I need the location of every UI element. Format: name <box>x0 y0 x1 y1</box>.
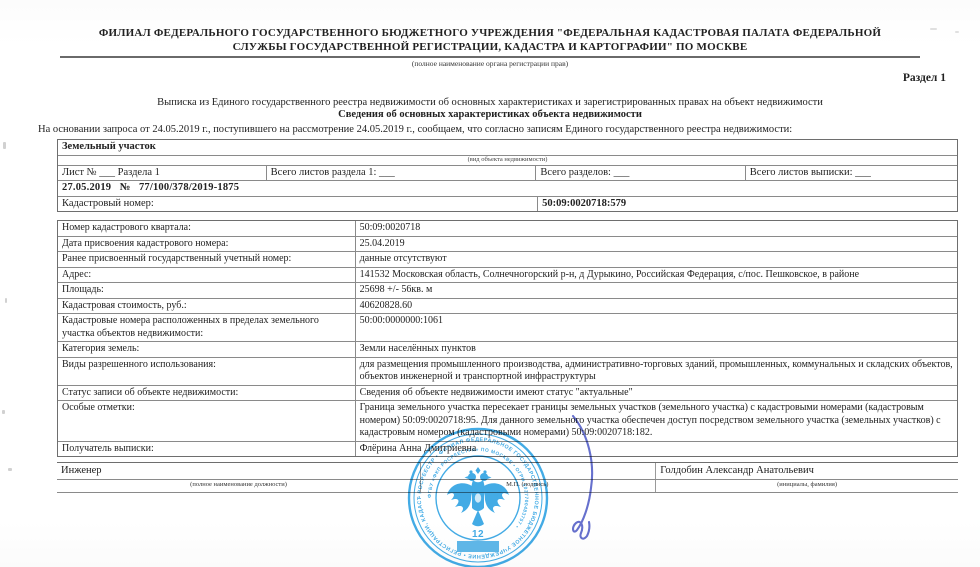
row-value: 25.04.2019 <box>355 237 957 252</box>
object-type: Земельный участок <box>58 140 957 155</box>
date-and-number: 27.05.2019 № 77/100/378/2019-1875 <box>58 181 957 196</box>
row-value: для размещения промышленного производств… <box>355 358 957 385</box>
request-intro: На основании запроса от 24.05.2019 г., п… <box>38 124 958 135</box>
document-page: ФИЛИАЛ ФЕДЕРАЛЬНОГО ГОСУДАРСТВЕННОГО БЮД… <box>0 0 980 567</box>
sheets-in-section: Всего листов раздела 1: ___ <box>266 166 536 181</box>
row-label: Статус записи об объекте недвижимости: <box>58 386 355 401</box>
scan-artifact <box>5 298 7 303</box>
row-label: Площадь: <box>58 283 355 298</box>
handwritten-signature <box>535 410 625 555</box>
row-label: Кадастровые номера расположенных в преде… <box>58 314 355 341</box>
row-value: данные отсутствуют <box>355 252 957 267</box>
document-subtitle: Сведения об основных характеристиках объ… <box>0 109 980 120</box>
org-name-caption: (полное наименование органа регистрации … <box>0 59 980 68</box>
table-row: Адрес: 141532 Московская область, Солнеч… <box>58 267 957 283</box>
scan-artifact <box>955 31 959 33</box>
sheet-number: Лист № ___ Раздела 1 <box>58 166 266 181</box>
row-label: Номер кадастрового квартала: <box>58 221 355 236</box>
header-rule <box>60 56 920 58</box>
row-label: Виды разрешенного использования: <box>58 358 355 385</box>
table-row: Кадастровая стоимость, руб.: 40620828.60 <box>58 298 957 314</box>
table-row: Номер кадастрового квартала: 50:09:00207… <box>58 221 957 236</box>
scan-artifact <box>8 468 12 471</box>
table-row: (вид объекта недвижимости) <box>58 155 957 165</box>
table-row: Ранее присвоенный государственный учетны… <box>58 251 957 267</box>
cadastral-number-row: Кадастровый номер: 50:09:0020718:579 <box>58 196 957 212</box>
cadastral-number-label: Кадастровый номер: <box>58 197 537 212</box>
double-eagle-icon <box>447 467 509 526</box>
stamp-number: 12 <box>472 529 484 540</box>
table-row: Виды разрешенного использования: для раз… <box>58 357 957 385</box>
document-title: Выписка из Единого государственного реес… <box>0 97 980 108</box>
table-row: Земельный участок <box>58 140 957 155</box>
row-label: Получатель выписки: <box>58 442 355 457</box>
table-row: Статус записи об объекте недвижимости: С… <box>58 385 957 401</box>
signer-position: Инженер <box>57 463 420 479</box>
row-value: 25698 +/- 56кв. м <box>355 283 957 298</box>
stamp-banner <box>457 541 499 552</box>
table-row: Площадь: 25698 +/- 56кв. м <box>58 282 957 298</box>
sections-total: Всего разделов: ___ <box>535 166 744 181</box>
row-label: Дата присвоения кадастрового номера: <box>58 237 355 252</box>
row-value: 141532 Московская область, Солнечногорск… <box>355 268 957 283</box>
signer-name: Голдобин Александр Анатольевич <box>655 463 958 479</box>
object-type-caption: (вид объекта недвижимости) <box>58 156 957 165</box>
row-label: Особые отметки: <box>58 401 355 441</box>
section-label: Раздел 1 <box>903 72 946 84</box>
cadastral-number-value: 50:09:0020718:579 <box>537 197 957 212</box>
row-value: Земли населённых пунктов <box>355 342 957 357</box>
object-header-table: Земельный участок (вид объекта недвижимо… <box>57 139 958 212</box>
row-label: Категория земель: <box>58 342 355 357</box>
scan-artifact <box>3 142 6 149</box>
scan-artifact <box>2 410 5 414</box>
scan-artifact <box>930 28 937 30</box>
sheets-row: Лист № ___ Раздела 1 Всего листов раздел… <box>58 165 957 181</box>
org-name: ФИЛИАЛ ФЕДЕРАЛЬНОГО ГОСУДАРСТВЕННОГО БЮД… <box>72 26 908 54</box>
row-value: 40620828.60 <box>355 299 957 314</box>
table-row: Категория земель: Земли населённых пункт… <box>58 341 957 357</box>
name-caption: (инициалы, фамилия) <box>655 480 958 492</box>
details-table: Номер кадастрового квартала: 50:09:00207… <box>57 220 958 457</box>
position-caption: (полное наименование должности) <box>57 480 420 492</box>
official-stamp: • РОСРЕЕСТР • ФИЛИАЛ ФЕДЕРАЛЬНОЕ ГОСУДАР… <box>406 426 551 567</box>
row-label: Адрес: <box>58 268 355 283</box>
row-value: 50:00:0000000:1061 <box>355 314 957 341</box>
signature-stroke <box>573 416 592 539</box>
row-label: Кадастровая стоимость, руб.: <box>58 299 355 314</box>
date-number-row: 27.05.2019 № 77/100/378/2019-1875 <box>58 180 957 196</box>
table-row: Кадастровые номера расположенных в преде… <box>58 313 957 341</box>
row-value: 50:09:0020718 <box>355 221 957 236</box>
row-label: Ранее присвоенный государственный учетны… <box>58 252 355 267</box>
row-value: Сведения об объекте недвижимости имеют с… <box>355 386 957 401</box>
table-row: Дата присвоения кадастрового номера: 25.… <box>58 236 957 252</box>
sheets-total: Всего листов выписки: ___ <box>745 166 957 181</box>
